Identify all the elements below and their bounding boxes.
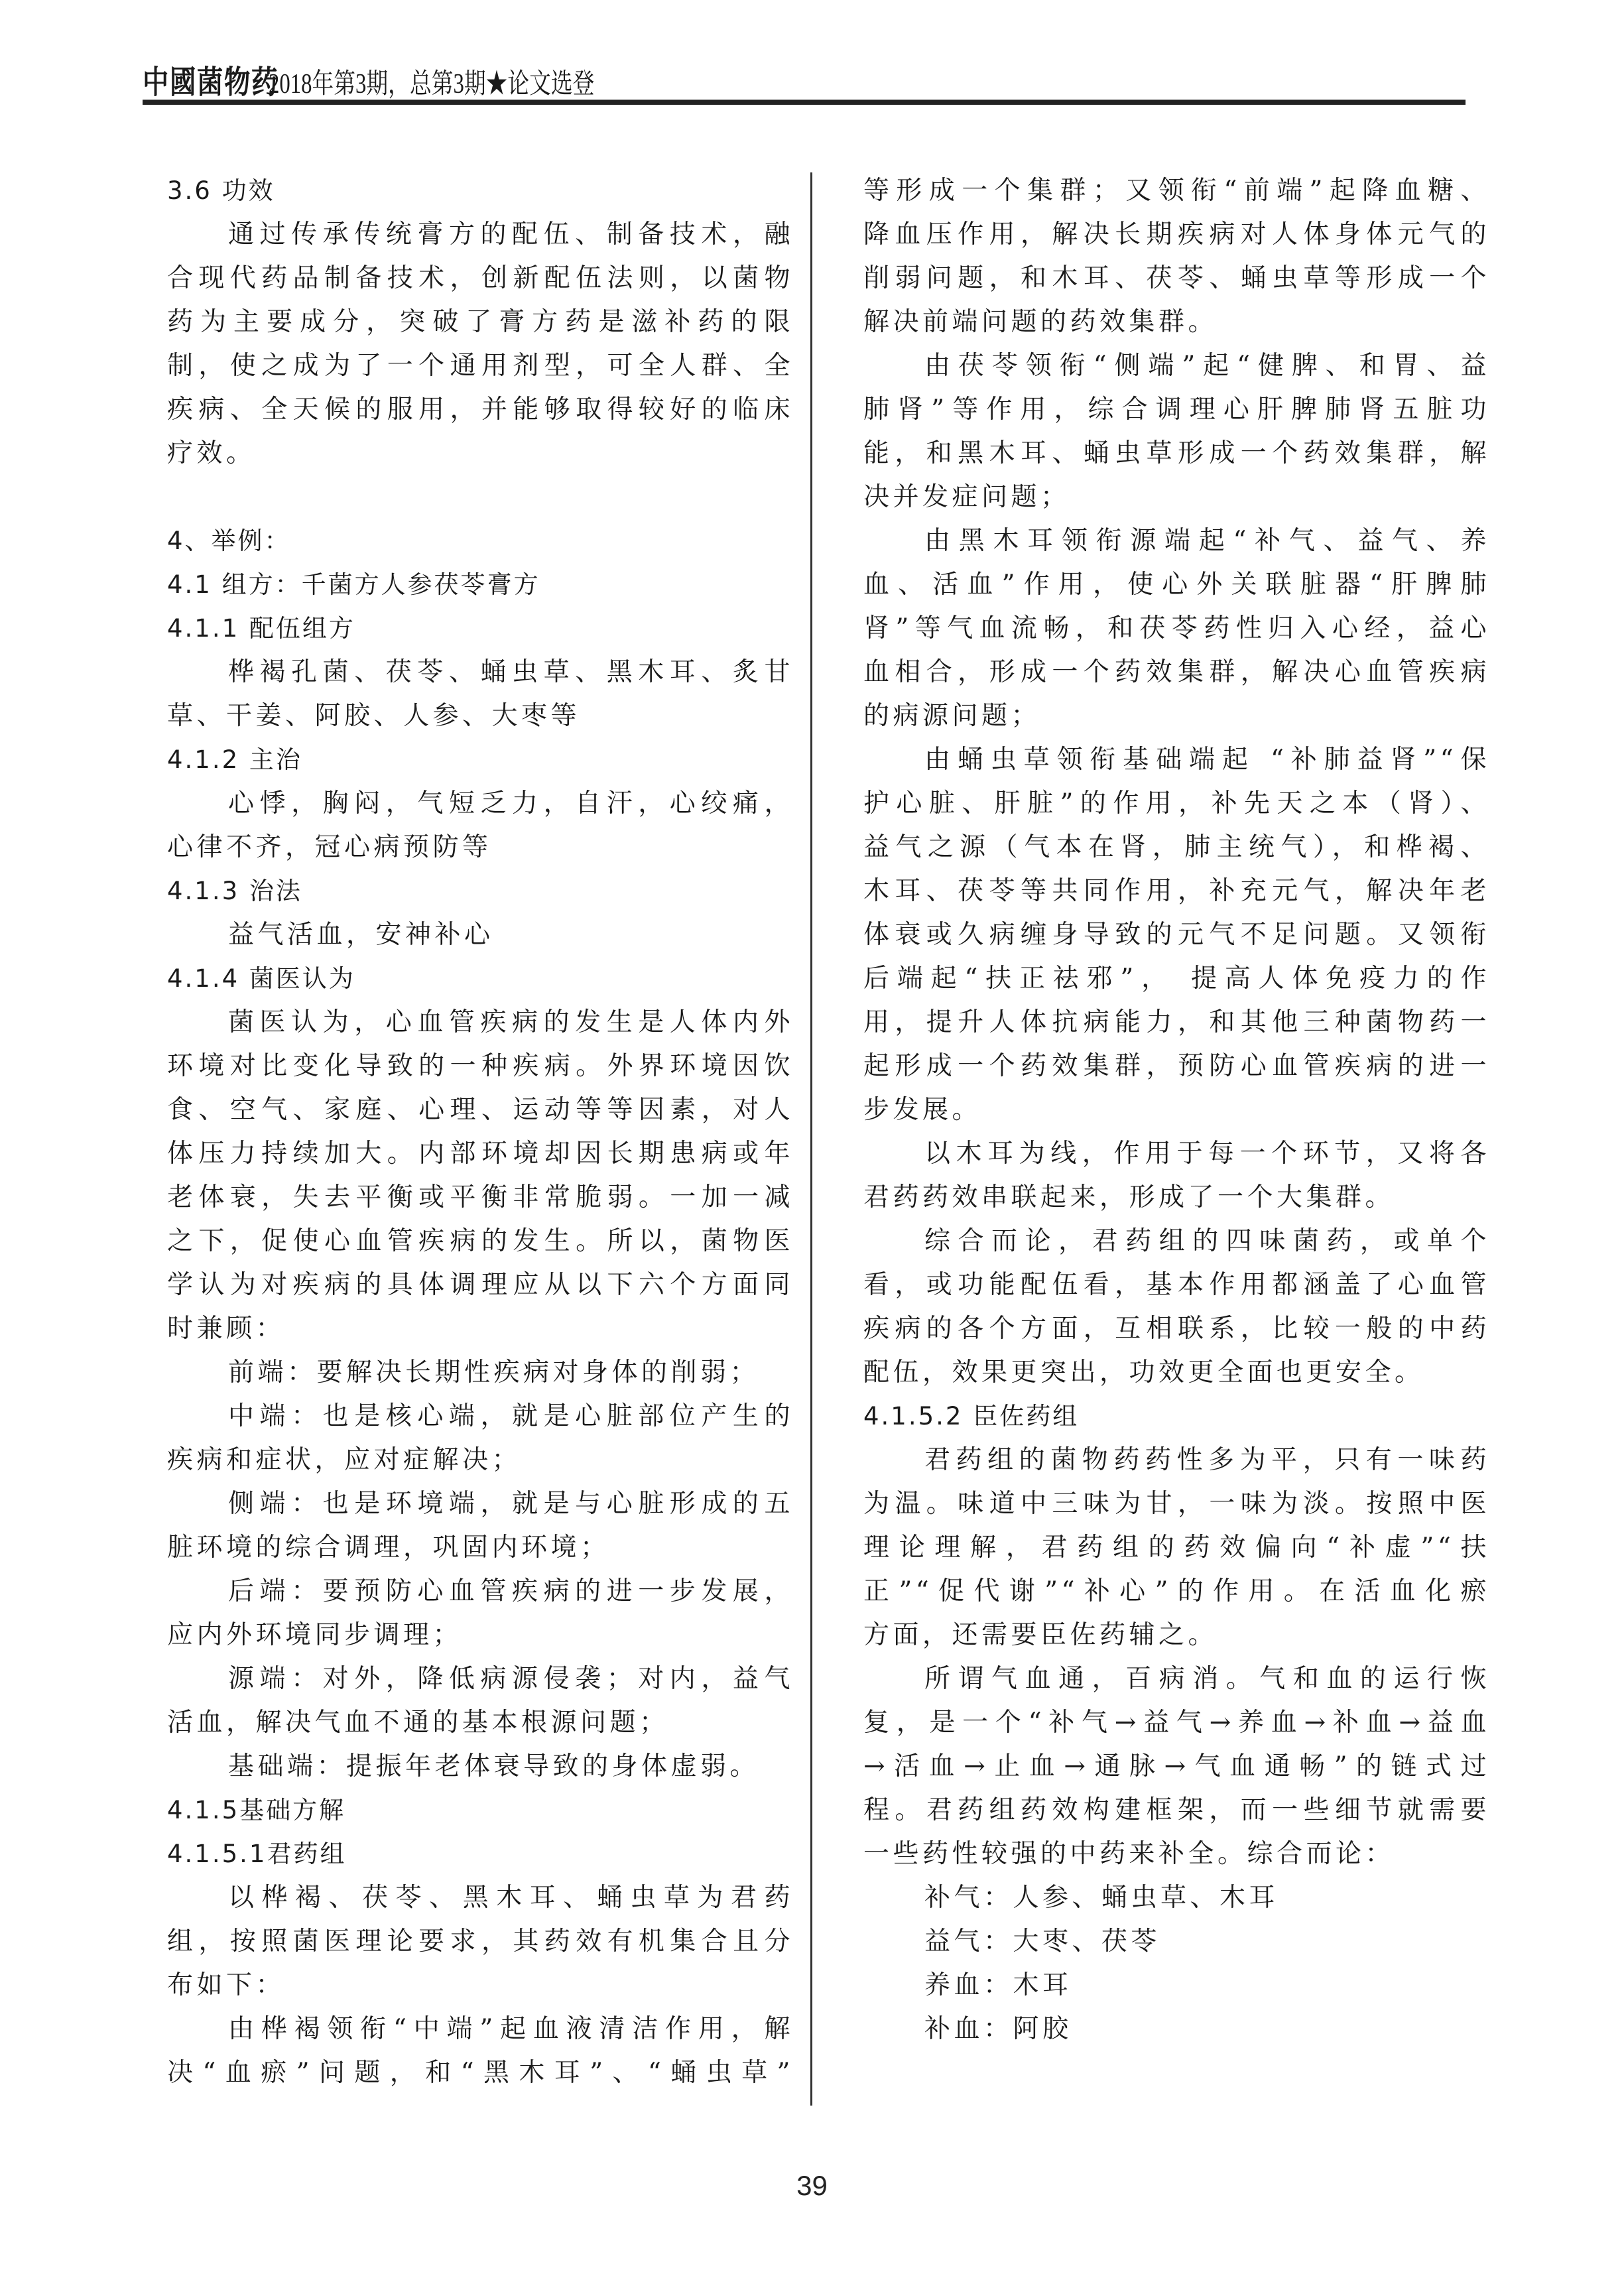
text-line: 复，是一个“补气→益气→养血→补血→益血 — [863, 1701, 1490, 1745]
text-line: 一些药性较强的中药来补全。综合而论： — [863, 1832, 1490, 1876]
issue-info: 2018年第3期，总第3期★论文选登 — [269, 70, 594, 98]
text-line: 决“血瘀”问题，和“黑木耳”、“蛹虫草” — [167, 2051, 794, 2095]
text-line: 决并发症问题； — [863, 475, 1490, 519]
section-heading-4-1-3: 4.1.3 治法 — [167, 869, 794, 913]
text-line: →活血→止血→通脉→气血通畅”的链式过 — [863, 1745, 1490, 1789]
text-line: 组，按照菌医理论要求，其药效有机集合且分 — [167, 1920, 794, 1964]
text-line: 菌医认为，心血管疾病的发生是人体内外 — [167, 1001, 794, 1044]
text-line: 步发展。 — [863, 1088, 1490, 1132]
text-line: 由黑木耳领衔源端起“补气、益气、养 — [863, 519, 1490, 563]
text-line: 肾”等气血流畅，和茯苓药性归入心经，益心 — [863, 607, 1490, 651]
text-line: 血相合，形成一个药效集群，解决心血管疾病 — [863, 651, 1490, 694]
text-line: 合现代药品制备技术，创新配伍法则，以菌物 — [167, 257, 794, 300]
text-line: 解决前端问题的药效集群。 — [863, 300, 1490, 344]
end-item-back: 后端：要预防心血管疾病的进一步发展， — [167, 1570, 794, 1614]
right-column: 等形成一个集群；又领衔“前端”起降血糖、 降血压作用，解决长期疾病对人体身体元气… — [863, 169, 1490, 2051]
text-line: 疾病的各个方面，互相联系，比较一般的中药 — [863, 1307, 1490, 1351]
text-line: 正”“促代谢”“补心”的作用。在活血化瘀 — [863, 1570, 1490, 1614]
text-line: 木耳、茯苓等共同作用，补充元气，解决年老 — [863, 869, 1490, 913]
paragraph-fungal-medicine-view: 菌医认为，心血管疾病的发生是人体内外 环境对比变化导致的一种疾病。外界环境因饮 … — [167, 1001, 794, 1351]
text-line: 所谓气血通，百病消。气和血的运行恢 — [863, 1657, 1490, 1701]
text-line: 血、活血”作用，使心外关联脏器“肝脾肺 — [863, 563, 1490, 607]
text-line: 后端起“扶正祛邪”， 提高人体免疫力的作 — [863, 957, 1490, 1001]
section-heading-4-1-2: 4.1.2 主治 — [167, 738, 794, 782]
section-heading-4-1: 4.1 组方：千菌方人参茯苓膏方 — [167, 563, 794, 607]
page-number: 39 — [0, 2170, 1624, 2202]
text-line: 君药组的菌物药药性多为平，只有一味药 — [863, 1438, 1490, 1482]
paragraph-monarch-group: 以桦褐、茯苓、黑木耳、蛹虫草为君药 组，按照菌医理论要求，其药效有机集合且分 布… — [167, 1876, 794, 2007]
list-item: 补血：阿胶 — [863, 2007, 1490, 2051]
text-line: 益气活血，安神补心 — [167, 913, 794, 957]
paragraph-minister-assistant: 君药组的菌物药药性多为平，只有一味药 为温。味道中三味为甘，一味为淡。按照中医 … — [863, 1438, 1490, 1657]
text-line: 用，提升人体抗病能力，和其他三种菌物药一 — [863, 1001, 1490, 1044]
text-line: 由桦褐领衔“中端”起血液清洁作用，解 — [167, 2007, 794, 2051]
herb-function-list: 补气：人参、蛹虫草、木耳 益气：大枣、茯苓 养血：木耳 补血：阿胶 — [863, 1876, 1490, 2051]
paragraph-summary: 综合而论，君药组的四味菌药，或单个 看，或功能配伍看，基本作用都涵盖了心血管 疾… — [863, 1220, 1490, 1395]
section-heading-3-6: 3.6 功效 — [167, 169, 794, 213]
paragraph-indications: 心悸，胸闷，气短乏力，自汗，心绞痛， 心律不齐，冠心病预防等 — [167, 782, 794, 869]
text-line: 制，使之成为了一个通用剂型，可全人群、全 — [167, 344, 794, 388]
text-line: 配伍，效果更突出，功效更全面也更安全。 — [863, 1351, 1490, 1395]
section-heading-4-1-5: 4.1.5基础方解 — [167, 1789, 794, 1832]
text-line: 降血压作用，解决长期疾病对人体身体元气的 — [863, 213, 1490, 257]
section-heading-4: 4、举例： — [167, 519, 794, 563]
text-line: 疾病、全天候的服用，并能够取得较好的临床 — [167, 388, 794, 432]
text-line: 由蛹虫草领衔基础端起 “补肺益肾”“保 — [863, 738, 1490, 782]
text-line: 疾病和症状，应对症解决； — [167, 1438, 794, 1482]
text-line: 之下，促使心血管疾病的发生。所以，菌物医 — [167, 1220, 794, 1263]
paragraph-birch-chaga: 由桦褐领衔“中端”起血液清洁作用，解 决“血瘀”问题，和“黑木耳”、“蛹虫草” — [167, 2007, 794, 2095]
paragraph-cordyceps: 由蛹虫草领衔基础端起 “补肺益肾”“保 护心脏、肝脏”的作用，补先天之本（肾）、… — [863, 738, 1490, 1132]
text-line: 体衰或久病缠身导致的元气不足问题。又领衔 — [863, 913, 1490, 957]
end-item-foundation: 基础端：提振年老体衰导致的身体虚弱。 — [167, 1745, 794, 1789]
paragraph-fungus-thread: 以木耳为线，作用于每一个环节，又将各 君药药效串联起来，形成了一个大集群。 — [863, 1132, 1490, 1220]
running-header: 中國菌物药 2018年第3期，总第3期★论文选登 — [143, 58, 686, 98]
text-line: 体压力持续加大。内部环境却因长期患病或年 — [167, 1132, 794, 1176]
paragraph-ingredients: 桦褐孔菌、茯苓、蛹虫草、黑木耳、炙甘 草、干姜、阿胶、人参、大枣等 — [167, 651, 794, 738]
text-line: 君药药效串联起来，形成了一个大集群。 — [863, 1176, 1490, 1220]
text-line: 桦褐孔菌、茯苓、蛹虫草、黑木耳、炙甘 — [167, 651, 794, 694]
text-line: 疗效。 — [167, 432, 794, 475]
text-line: 理论理解，君药组的药效偏向“补虚”“扶 — [863, 1526, 1490, 1570]
list-item: 养血：木耳 — [863, 1964, 1490, 2007]
text-line: 以桦褐、茯苓、黑木耳、蛹虫草为君药 — [167, 1876, 794, 1920]
text-line: 通过传承传统膏方的配伍、制备技术，融 — [167, 213, 794, 257]
text-line: 药为主要成分，突破了膏方药是滋补药的限 — [167, 300, 794, 344]
text-line: 环境对比变化导致的一种疾病。外界环境因饮 — [167, 1044, 794, 1088]
text-line: 等形成一个集群；又领衔“前端”起降血糖、 — [863, 169, 1490, 213]
section-heading-4-1-4: 4.1.4 菌医认为 — [167, 957, 794, 1001]
text-line: 老体衰，失去平衡或平衡非常脆弱。一加一减 — [167, 1176, 794, 1220]
text-line: 食、空气、家庭、心理、运动等等因素，对人 — [167, 1088, 794, 1132]
paragraph-efficacy: 通过传承传统膏方的配伍、制备技术，融 合现代药品制备技术，创新配伍法则，以菌物 … — [167, 213, 794, 475]
end-item-source: 源端：对外，降低病源侵袭；对内，益气 — [167, 1657, 794, 1701]
text-line: 为温。味道中三味为甘，一味为淡。按照中医 — [863, 1482, 1490, 1526]
section-heading-4-1-5-2: 4.1.5.2 臣佐药组 — [863, 1395, 1490, 1438]
text-line: 益气之源（气本在肾，肺主统气），和桦褐、 — [863, 826, 1490, 869]
text-line: 综合而论，君药组的四味菌药，或单个 — [863, 1220, 1490, 1263]
end-item-front: 前端：要解决长期性疾病对身体的削弱； — [167, 1351, 794, 1395]
end-item-middle: 中端：也是核心端，就是心脏部位产生的 — [167, 1395, 794, 1438]
text-line: 程。君药组药效构建框架，而一些细节就需要 — [863, 1789, 1490, 1832]
text-line: 时兼顾： — [167, 1307, 794, 1351]
list-item: 补气：人参、蛹虫草、木耳 — [863, 1876, 1490, 1920]
text-line: 心律不齐，冠心病预防等 — [167, 826, 794, 869]
list-item: 益气：大枣、茯苓 — [863, 1920, 1490, 1964]
text-line: 活血，解决气血不通的基本根源问题； — [167, 1701, 794, 1745]
paragraph-continued: 等形成一个集群；又领衔“前端”起降血糖、 降血压作用，解决长期疾病对人体身体元气… — [863, 169, 1490, 344]
text-line: 由茯苓领衔“侧端”起“健脾、和胃、益 — [863, 344, 1490, 388]
paragraph-qi-blood: 所谓气血通，百病消。气和血的运行恢 复，是一个“补气→益气→养血→补血→益血 →… — [863, 1657, 1490, 1876]
header-rule — [143, 99, 1466, 105]
text-line: 心悸，胸闷，气短乏力，自汗，心绞痛， — [167, 782, 794, 826]
text-line: 以木耳为线，作用于每一个环节，又将各 — [863, 1132, 1490, 1176]
left-column: 3.6 功效 通过传承传统膏方的配伍、制备技术，融 合现代药品制备技术，创新配伍… — [167, 169, 794, 2095]
journal-name: 中國菌物药 — [143, 66, 279, 98]
blank-line — [167, 475, 794, 519]
text-line: 脏环境的综合调理，巩固内环境； — [167, 1526, 794, 1570]
text-line: 看，或功能配伍看，基本作用都涵盖了心血管 — [863, 1263, 1490, 1307]
text-line: 学认为对疾病的具体调理应从以下六个方面同 — [167, 1263, 794, 1307]
text-line: 能，和黑木耳、蛹虫草形成一个药效集群，解 — [863, 432, 1490, 475]
text-line: 起形成一个药效集群，预防心血管疾病的进一 — [863, 1044, 1490, 1088]
paragraph-black-fungus: 由黑木耳领衔源端起“补气、益气、养 血、活血”作用，使心外关联脏器“肝脾肺 肾”… — [863, 519, 1490, 738]
end-item-side: 侧端：也是环境端，就是与心脏形成的五 — [167, 1482, 794, 1526]
section-heading-4-1-5-1: 4.1.5.1君药组 — [167, 1832, 794, 1876]
text-line: 草、干姜、阿胶、人参、大枣等 — [167, 694, 794, 738]
text-line: 削弱问题，和木耳、茯苓、蛹虫草等形成一个 — [863, 257, 1490, 300]
text-line: 护心脏、肝脏”的作用，补先天之本（肾）、 — [863, 782, 1490, 826]
section-heading-4-1-1: 4.1.1 配伍组方 — [167, 607, 794, 651]
text-line: 肺肾”等作用，综合调理心肝脾肺肾五脏功 — [863, 388, 1490, 432]
six-ends-list: 前端：要解决长期性疾病对身体的削弱； 中端：也是核心端，就是心脏部位产生的 疾病… — [167, 1351, 794, 1789]
text-line: 方面，还需要臣佐药辅之。 — [863, 1614, 1490, 1657]
paragraph-treatment: 益气活血，安神补心 — [167, 913, 794, 957]
paragraph-poria: 由茯苓领衔“侧端”起“健脾、和胃、益 肺肾”等作用，综合调理心肝脾肺肾五脏功 能… — [863, 344, 1490, 519]
text-line: 布如下： — [167, 1964, 794, 2007]
column-divider — [810, 172, 812, 2106]
text-line: 应内外环境同步调理； — [167, 1614, 794, 1657]
text-line: 的病源问题； — [863, 694, 1490, 738]
